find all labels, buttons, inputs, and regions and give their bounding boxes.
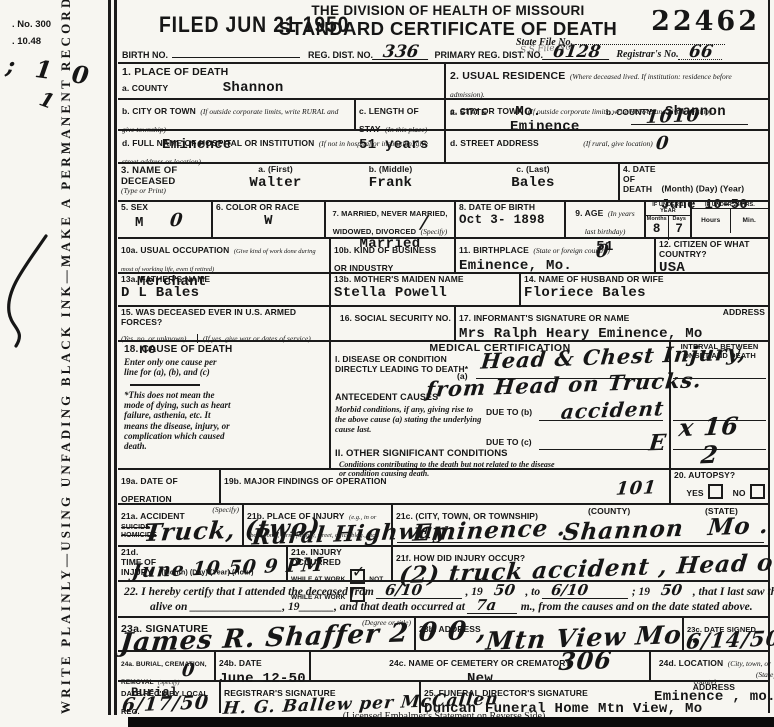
field-age-under-24hr: IF UNDER 24 HRS. Hours Min. xyxy=(692,202,768,237)
burial-date-label: 24b. DATE xyxy=(219,658,262,668)
field-injury-location: 21c. (CITY, TOWN, OR TOWNSHIP) (COUNTY) … xyxy=(393,505,768,545)
cert-text-7: m., from the causes and on the date stat… xyxy=(521,601,753,613)
cause-instr2: *This does not mean the mode of dying, s… xyxy=(124,390,234,452)
funeral-director-address-label: ADDRESS xyxy=(693,683,735,693)
injury-state-handwriting: Mo . xyxy=(707,512,771,541)
business-label: 10b. KIND OF BUSINESS OR INDUSTRY xyxy=(334,245,436,273)
field-middle-name: b. (Middle) Frank xyxy=(333,164,448,200)
spouse-value: Floriece Bales xyxy=(524,285,765,301)
field-last-name: c. (Last) Bales xyxy=(448,164,620,200)
registrar-no-value: 66 xyxy=(678,45,724,60)
sex-value: M xyxy=(135,215,144,231)
findings-handwriting: 101 xyxy=(615,477,658,500)
residence-city-handwriting: 1010 xyxy=(645,105,701,128)
registrar-row: DATE REC'D BY LOCAL REG. 6/17/50 REGISTR… xyxy=(118,680,768,713)
margin-pen-stroke xyxy=(0,232,52,357)
field-city-of-death: b. CITY OR TOWN (If outside corporate li… xyxy=(118,100,356,129)
cemetery-label: 24c. NAME OF CEMETERY OR CREMATORY xyxy=(389,658,571,668)
field-burial-date: 24b. DATE June 12-50 xyxy=(216,652,311,680)
antecedent-label: ANTECEDENT CAUSES xyxy=(335,392,438,402)
informant-address-label: ADDRESS xyxy=(723,308,765,318)
autopsy-label: 20. AUTOPSY? xyxy=(674,471,765,481)
injury-time-row: 21d. TIME OF INJURY (Month) (Day) (Year)… xyxy=(118,545,768,580)
birth-no-blank xyxy=(172,46,300,58)
autopsy-yes-label: YES xyxy=(686,488,703,498)
injury-county-label: (COUNTY) xyxy=(588,507,630,517)
reg-dist-label: REG. DIST. NO. xyxy=(308,50,373,60)
middle-name-value: Frank xyxy=(336,175,445,191)
due-b-label: DUE TO (b) xyxy=(486,408,532,418)
date-of-death-label: 4. DATE OF DEATH xyxy=(623,165,657,194)
informant-row: 15. WAS DECEASED EVER IN U.S. ARMED FORC… xyxy=(118,305,768,340)
cert-text-1: 22. I hereby certify that I attended the… xyxy=(124,586,374,598)
margin-rule-inner xyxy=(114,0,117,715)
field-time-of-injury: 21d. TIME OF INJURY (Month) (Day) (Year)… xyxy=(118,547,288,580)
field-name-label: 3. NAME OF DECEASED (Type or Print) xyxy=(118,164,218,200)
cause-instr1: Enter only one cause per line for (a), (… xyxy=(124,357,229,378)
hours-label: Hours xyxy=(701,217,720,224)
cert-text-5: , that I last saw the deceased xyxy=(693,586,774,598)
spouse-label: 14. NAME OF HUSBAND OR WIFE xyxy=(524,275,765,285)
interval-e-scribble: E xyxy=(648,430,669,457)
dob-label: 8. DATE OF BIRTH xyxy=(459,203,561,213)
findings-label: 19b. MAJOR FINDINGS OF OPERATION xyxy=(224,476,387,486)
county-value: Shannon xyxy=(223,80,284,96)
name-row: 3. NAME OF DECEASED (Type or Print) a. (… xyxy=(118,162,768,200)
dob-value: Oct 3- 1898 xyxy=(459,213,561,227)
primary-reg-value: 6128 xyxy=(542,45,611,60)
interval-handwriting-2: 2 xyxy=(699,440,720,470)
registrar-number-handwriting: 306 xyxy=(558,645,614,676)
cause-of-death-row: 18. CAUSE OF DEATH Enter only one cause … xyxy=(118,340,768,468)
age-label: 9. AGE xyxy=(575,208,603,218)
field-age-under-1yr: IF UNDER 1 YEAR Months 8 Days 7 xyxy=(646,202,692,237)
city-label: b. CITY OR TOWN xyxy=(122,106,196,116)
checkmark-icon: ✓ xyxy=(352,562,365,581)
physician-row: 23a. SIGNATURE (Degree or title) James R… xyxy=(118,616,768,650)
field-first-name: a. (First) Walter xyxy=(218,164,333,200)
sex-handwriting: 0 xyxy=(169,210,185,232)
margin-instruction: WRITE PLAINLY—USING UNFADING BLACK INK—M… xyxy=(58,96,74,714)
street-handwriting: 0 xyxy=(655,133,671,155)
birth-no-label: BIRTH NO. xyxy=(122,50,168,60)
morbid-note: Morbid conditions, if any, giving rise t… xyxy=(335,405,483,434)
birthplace-handwriting: 0 xyxy=(595,241,611,263)
registration-line: BIRTH NO. REG. DIST. NO. 336 PRIMARY REG… xyxy=(122,45,766,60)
due-c-label: DUE TO (c) xyxy=(486,438,532,448)
field-length-of-stay: c. LENGTH OF STAY (In this place) 51 yea… xyxy=(356,100,444,129)
field-cause-instructions: 18. CAUSE OF DEATH Enter only one cause … xyxy=(118,342,331,468)
field-birthplace: 11. BIRTHPLACE (State or foreign country… xyxy=(456,239,656,272)
field-marital-status: 7. MARRIED, NEVER MARRIED, WIDOWED, DIVO… xyxy=(326,202,456,237)
cause-b-handwriting: accident xyxy=(560,396,666,424)
citizen-label: 12. CITIZEN OF WHAT COUNTRY? xyxy=(659,240,765,260)
date-received-handwriting: 6/17/50 xyxy=(121,691,210,716)
field-usual-residence: 2. USUAL RESIDENCE (Where deceased lived… xyxy=(446,64,768,162)
margin-handwriting-stroke: 1 xyxy=(36,86,57,113)
burial-date-value: June 12-50 xyxy=(219,671,306,687)
occupation-row: 10a. USUAL OCCUPATION (Give kind of work… xyxy=(118,237,768,272)
interval-handwriting-1: x 16 xyxy=(677,411,740,442)
first-name-label: a. (First) xyxy=(221,165,330,175)
field-date-of-death: 4. DATE OF DEATH (Month) (Day) (Year) Ju… xyxy=(620,164,768,200)
color-race-label: 6. COLOR OR RACE xyxy=(216,203,321,213)
cert-text-4: ; 19 xyxy=(632,586,650,598)
field-physician-signature: 23a. SIGNATURE (Degree or title) James R… xyxy=(118,618,416,650)
father-label: 13a. FATHER'S NAME xyxy=(121,275,326,285)
cause-title: 18. CAUSE OF DEATH xyxy=(124,344,323,355)
other-conditions-label: II. OTHER SIGNIFICANT CONDITIONS xyxy=(335,449,508,460)
field-sex: 5. SEX M 0 xyxy=(118,202,213,237)
autopsy-no-label: NO xyxy=(733,488,746,498)
field-occupation: 10a. USUAL OCCUPATION (Give kind of work… xyxy=(118,239,331,272)
residence-city-label: c. CITY OR TOWN xyxy=(450,106,523,116)
field-ssn: 16. SOCIAL SECURITY NO. xyxy=(331,307,456,340)
informant-label: 17. INFORMANT'S SIGNATURE OR NAME xyxy=(459,313,629,323)
field-operation-findings: 19b. MAJOR FINDINGS OF OPERATION 101 xyxy=(221,470,671,503)
field-business: 10b. KIND OF BUSINESS OR INDUSTRY xyxy=(331,239,456,272)
months-value: 8 xyxy=(646,222,668,236)
field-operation-date: 19a. DATE OF OPERATION xyxy=(118,470,221,503)
ssn-label: 16. SOCIAL SECURITY NO. xyxy=(340,313,451,323)
field-informant: 17. INFORMANT'S SIGNATURE OR NAME ADDRES… xyxy=(456,307,768,340)
street-label: d. STREET ADDRESS xyxy=(450,138,539,148)
cert-text-6: alive on ________________, 19______, and… xyxy=(150,601,465,613)
field-armed-forces: 15. WAS DECEASED EVER IN U.S. ARMED FORC… xyxy=(118,307,331,340)
certificate-page: . No. 300 . 10.48 ; 1 0 1 WRITE PLAINLY—… xyxy=(0,0,774,727)
days-value: 7 xyxy=(669,222,691,236)
father-value: D L Bales xyxy=(121,285,326,301)
last-name-label: c. (Last) xyxy=(451,165,615,175)
birthplace-label: 11. BIRTHPLACE xyxy=(459,245,529,255)
burial-location-state-note: (State) xyxy=(756,671,774,680)
burial-handwriting: 0 xyxy=(181,660,197,682)
occupation-label: 10a. USUAL OCCUPATION xyxy=(121,245,229,255)
county-label: a. COUNTY xyxy=(122,83,168,93)
injury-county-handwriting: Shannon xyxy=(562,515,686,546)
operation-row: 19a. DATE OF OPERATION 19b. MAJOR FINDIN… xyxy=(118,468,768,503)
accident-specify-note: (Specify) xyxy=(212,506,239,515)
field-age: 9. AGE (In years last birthday) 51 xyxy=(566,202,646,237)
field-date-of-birth: 8. DATE OF BIRTH Oct 3- 1898 xyxy=(456,202,566,237)
cert-hour: 7a xyxy=(467,599,519,614)
middle-name-label: b. (Middle) xyxy=(336,165,445,175)
burial-location-label: 24d. LOCATION xyxy=(659,658,723,668)
injury-city-handwriting: Eminence . xyxy=(412,514,568,546)
autopsy-no-checkbox xyxy=(750,484,765,499)
registrar-no-label: Registrar's No. xyxy=(616,49,678,60)
field-date-received: DATE REC'D BY LOCAL REG. 6/17/50 xyxy=(118,682,221,713)
field-place-of-death: 1. PLACE OF DEATH a. COUNTY Shannon b. C… xyxy=(118,64,446,162)
date-of-death-units: (Month) (Day) (Year) xyxy=(661,184,744,194)
accident-row: 21a. ACCIDENT (Specify) SUICIDE HOMICIDE… xyxy=(118,503,768,545)
field-citizen: 12. CITIZEN OF WHAT COUNTRY? USA xyxy=(656,239,768,272)
cert-to-date: 6/10 xyxy=(542,584,630,599)
place-of-death-title: 1. PLACE OF DEATH xyxy=(122,66,440,78)
header-row: FILED JUN 21 1950 THE DIVISION OF HEALTH… xyxy=(118,0,768,62)
reg-dist-value: 336 xyxy=(372,45,430,60)
cert-to-year: 50 xyxy=(652,584,691,598)
certificate-form: FILED JUN 21 1950 THE DIVISION OF HEALTH… xyxy=(118,0,770,713)
mother-label: 13b. MOTHER'S MAIDEN NAME xyxy=(334,275,516,285)
field-color-race: 6. COLOR OR RACE W xyxy=(213,202,326,237)
margin-rule-outer xyxy=(108,0,111,715)
autopsy-yes-checkbox xyxy=(708,484,723,499)
under24-label: IF UNDER 24 HRS. xyxy=(692,202,768,209)
field-mother: 13b. MOTHER'S MAIDEN NAME Stella Powell xyxy=(331,274,521,305)
field-autopsy: 20. AUTOPSY? YES NO xyxy=(671,470,768,503)
field-street-address: d. STREET ADDRESS (If rural, give locati… xyxy=(446,131,768,153)
form-number: . No. 300 . 10.48 xyxy=(12,16,51,50)
place-residence-row: 1. PLACE OF DEATH a. COUNTY Shannon b. C… xyxy=(118,62,768,162)
first-name-value: Walter xyxy=(221,175,330,191)
field-accident-type: 21a. ACCIDENT (Specify) SUICIDE HOMICIDE… xyxy=(118,505,244,545)
last-name-value: Bales xyxy=(451,175,615,191)
residence-title: 2. USUAL RESIDENCE xyxy=(450,70,565,82)
date-signed-handwriting: 6/14/50 xyxy=(685,625,774,653)
min-label: Min. xyxy=(743,217,756,224)
months-label: Months xyxy=(646,216,668,222)
field-cemetery: 24c. NAME OF CEMETERY OR CREMATORY New 3… xyxy=(311,652,651,680)
sex-label: 5. SEX xyxy=(121,203,208,213)
primary-reg-label: PRIMARY REG. DIST. NO. xyxy=(435,50,544,60)
field-burial-location: 24d. LOCATION (City, town, or county) (S… xyxy=(651,652,774,680)
armed-forces-label: 15. WAS DECEASED EVER IN U.S. ARMED FORC… xyxy=(121,308,326,328)
margin-handwriting: ; 1 0 xyxy=(4,50,96,91)
division-title: THE DIVISION OF HEALTH OF MISSOURI xyxy=(278,3,618,18)
name-note: (Type or Print) xyxy=(121,187,215,196)
color-race-value: W xyxy=(216,213,321,229)
under1yr-label: IF UNDER 1 YEAR xyxy=(646,202,690,216)
field-spouse: 14. NAME OF HUSBAND OR WIFE Floriece Bal… xyxy=(521,274,768,305)
hospital-label: d. FULL NAME OF HOSPITAL OR INSTITUTION xyxy=(122,138,314,148)
family-row: 13a. FATHER'S NAME D L Bales 13b. MOTHER… xyxy=(118,272,768,305)
field-medical-certification: MEDICAL CERTIFICATION I. DISEASE OR COND… xyxy=(331,342,671,468)
name-title: 3. NAME OF DECEASED xyxy=(121,165,215,187)
demographics-row: 5. SEX M 0 6. COLOR OR RACE W 7. MARRIED… xyxy=(118,200,768,237)
field-residence-city: c. CITY OR TOWN (If outside corporate li… xyxy=(446,100,768,131)
cert-text-3: , to xyxy=(525,586,540,598)
street-note: (If rural, give location) xyxy=(583,139,653,148)
operation-date-label: 19a. DATE OF OPERATION xyxy=(121,476,178,504)
field-how-injury: 21f. HOW DID INJURY OCCUR? (2) truck acc… xyxy=(393,547,768,580)
mother-value: Stella Powell xyxy=(334,285,516,301)
field-father: 13a. FATHER'S NAME D L Bales xyxy=(118,274,331,305)
